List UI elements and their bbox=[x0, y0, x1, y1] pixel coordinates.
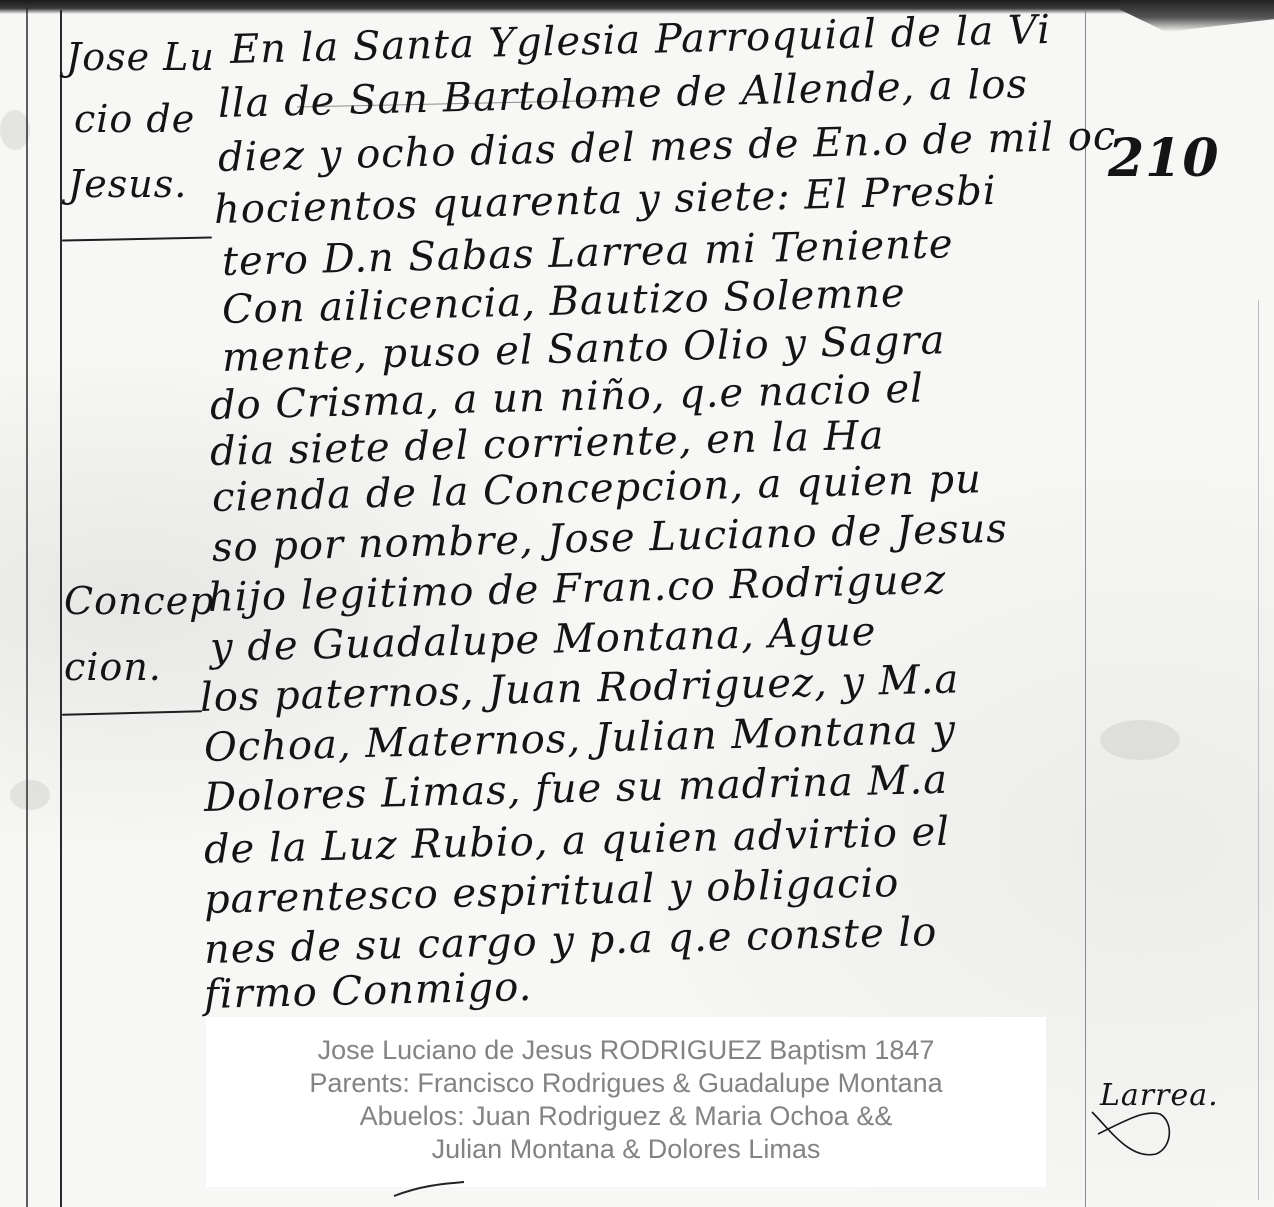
caption-parents: Parents: Francisco Rodrigues & Guadalupe… bbox=[206, 1068, 1046, 1099]
margin-name-line: Jesus. bbox=[68, 165, 187, 203]
caption-grandparents-cont: Julian Montana & Dolores Limas bbox=[206, 1134, 1046, 1165]
margin-rule-right bbox=[1085, 10, 1086, 1207]
margin-entry-divider bbox=[62, 236, 212, 241]
caption-grandparents: Abuelos: Juan Rodriguez & Maria Ochoa && bbox=[206, 1101, 1046, 1132]
record-line: En la Santa Yglesia Parroquial de la Vi bbox=[230, 10, 1052, 70]
page-edge-line bbox=[26, 6, 28, 1207]
record-line: nes de su cargo y p.a q.e conste lo bbox=[204, 912, 938, 970]
folio-number: 210 bbox=[1108, 128, 1220, 189]
scanned-register-page: Jose Lu cio de Jesus. Concep cion. 210 E… bbox=[0, 0, 1274, 1207]
record-line: hocientos quarenta y siete: El Presbi bbox=[214, 171, 998, 230]
caption-title: Jose Luciano de Jesus RODRIGUEZ Baptism … bbox=[206, 1035, 1046, 1066]
record-line: parentesco espiritual y obligacio bbox=[204, 863, 900, 920]
book-binding-corner bbox=[1120, 0, 1274, 32]
margin-place-line: cion. bbox=[64, 648, 162, 686]
book-binding-edge bbox=[0, 0, 1274, 14]
page-edge-line-right bbox=[1258, 300, 1259, 1200]
paper-stain bbox=[10, 780, 50, 810]
margin-place-line: Concep bbox=[64, 582, 215, 620]
margin-entry-divider bbox=[62, 710, 202, 716]
record-line: firmo Conmigo. bbox=[204, 967, 533, 1015]
record-line: y de Guadalupe Montana, Ague bbox=[210, 612, 877, 668]
record-line: Dolores Limas, fue su madrina M.a bbox=[204, 760, 949, 818]
next-entry-stroke bbox=[390, 1180, 470, 1200]
record-line: lla de San Bartolome de Allende, a los bbox=[218, 64, 1029, 124]
paper-stain bbox=[1100, 720, 1180, 760]
margin-name-line: Jose Lu bbox=[66, 38, 215, 76]
margin-rule-left bbox=[60, 10, 62, 1207]
margin-name-line: cio de bbox=[74, 100, 195, 138]
priest-signature: Larrea. bbox=[1100, 1078, 1219, 1113]
signature-flourish bbox=[1090, 1110, 1174, 1160]
